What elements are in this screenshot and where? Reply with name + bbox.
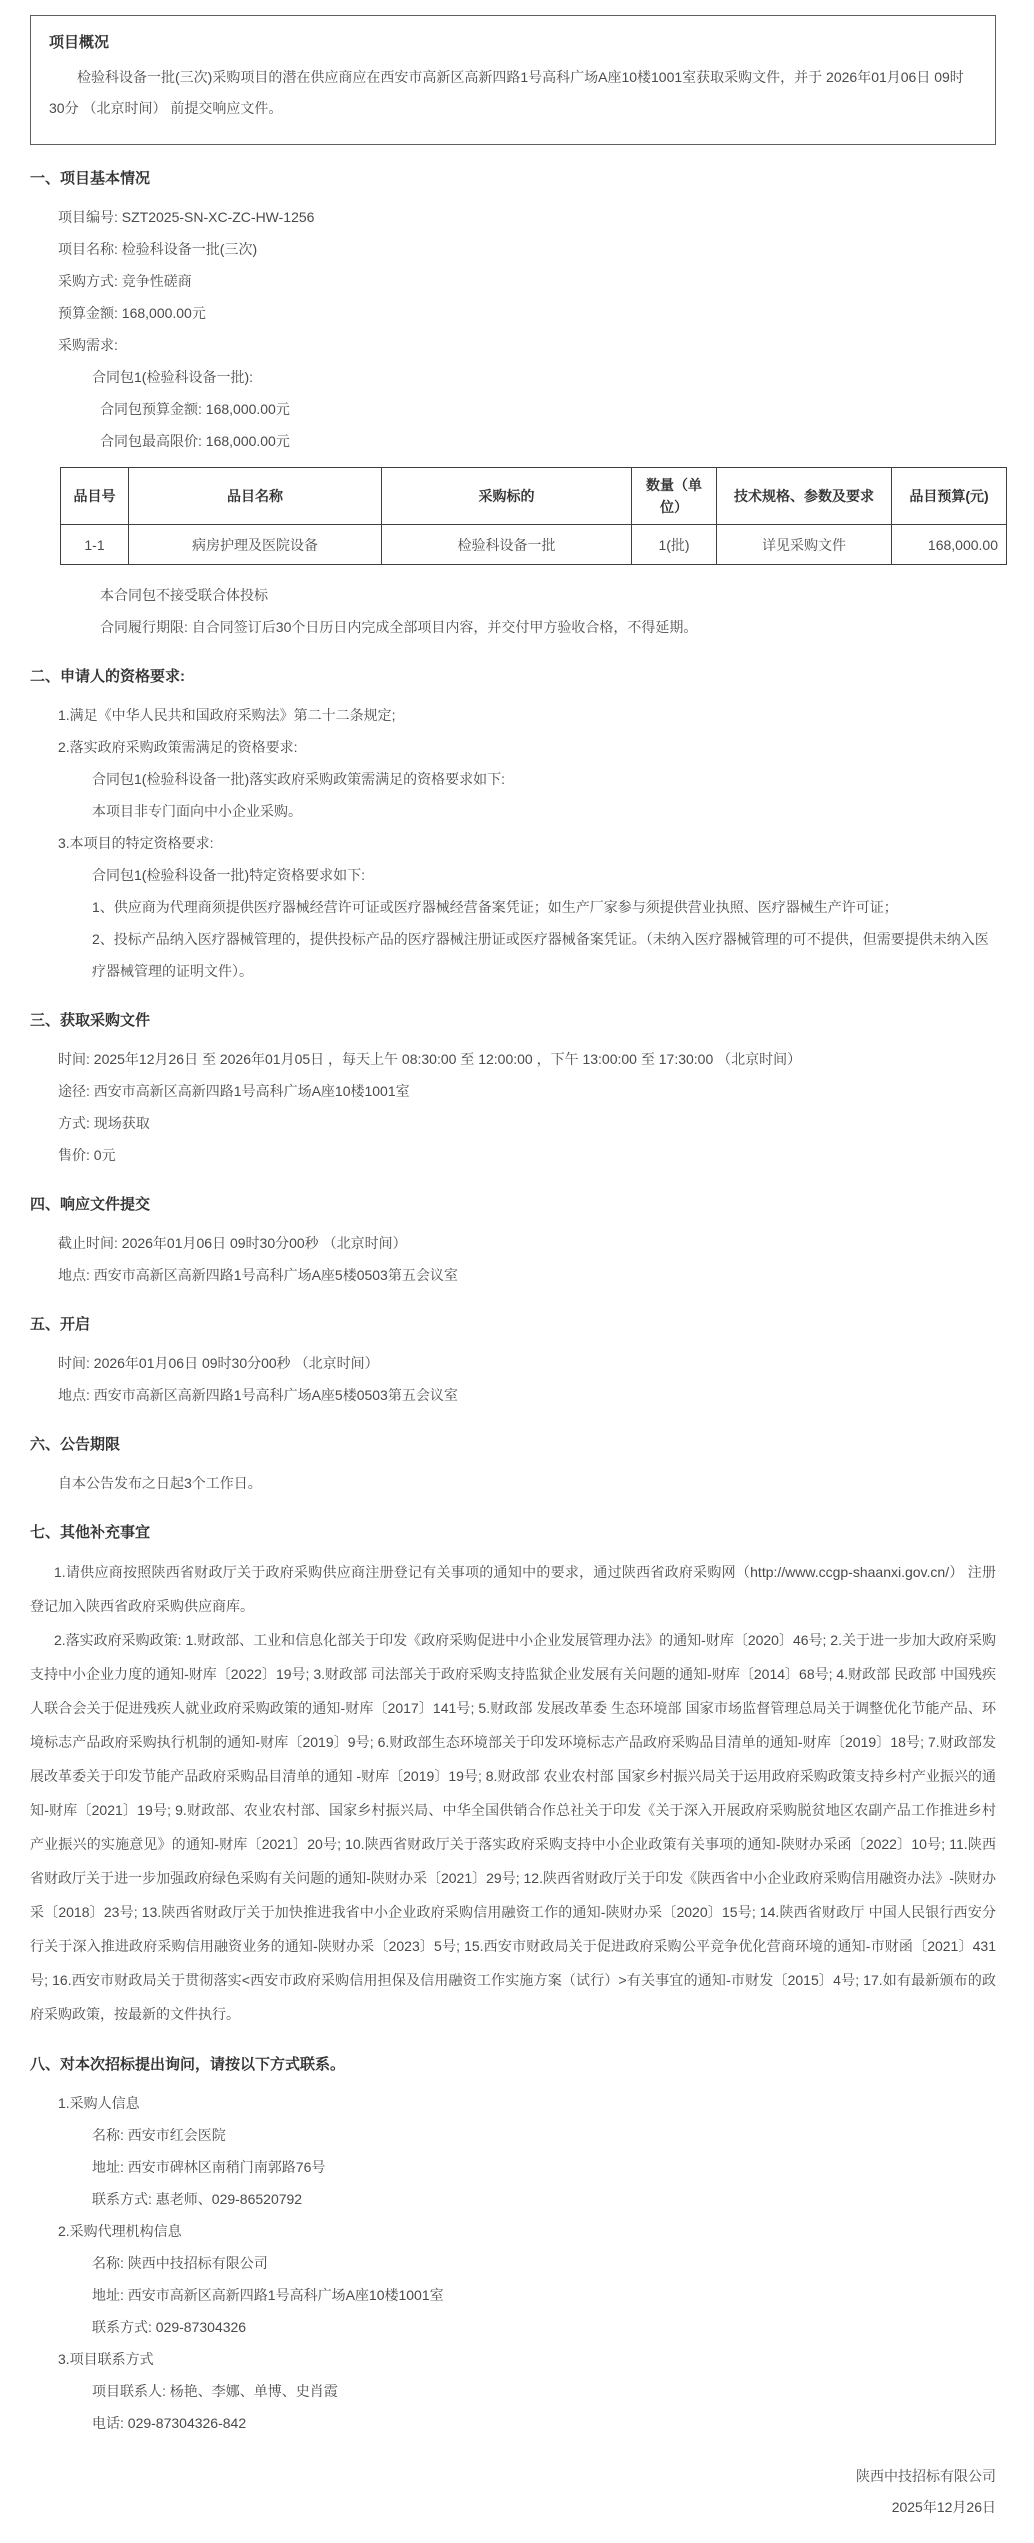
procurement-demand-line: 采购需求:	[30, 329, 996, 361]
overview-text: 检验科设备一批(三次)采购项目的潜在供应商应在西安市高新区高新四路1号高科广场A…	[49, 62, 973, 124]
package-price-cap-line: 合同包最高限价: 168,000.00元	[30, 425, 996, 457]
section-4-heading: 四、响应文件提交	[30, 1189, 996, 1221]
doc-time-line: 时间: 2025年12月26日 至 2026年01月05日 ，每天上午 08:3…	[30, 1043, 996, 1075]
project-overview-box: 项目概况 检验科设备一批(三次)采购项目的潜在供应商应在西安市高新区高新四路1号…	[30, 15, 996, 145]
open-time-line: 时间: 2026年01月06日 09时30分00秒 （北京时间）	[30, 1347, 996, 1379]
qualification-item: 本项目非专门面向中小企业采购。	[30, 795, 996, 827]
budget-amount-line: 预算金额: 168,000.00元	[30, 297, 996, 329]
contract-period-line: 合同履行期限: 自合同签订后30个日历日内完成全部项目内容，并交付甲方验收合格，…	[30, 611, 996, 643]
col-header-subject: 采购标的	[382, 468, 632, 525]
project-name-line: 项目名称: 检验科设备一批(三次)	[30, 233, 996, 265]
qualification-item: 1、供应商为代理商须提供医疗器械经营许可证或医疗器械经营备案凭证；如生产厂家参与…	[30, 891, 996, 923]
section-3-heading: 三、获取采购文件	[30, 1005, 996, 1037]
section-8-heading: 八、对本次招标提出询问，请按以下方式联系。	[30, 2049, 996, 2081]
signature-block: 陕西中技招标有限公司 2025年12月26日	[30, 2461, 996, 2523]
project-number-line: 项目编号: SZT2025-SN-XC-ZC-HW-1256	[30, 201, 996, 233]
section-1-heading: 一、项目基本情况	[30, 163, 996, 195]
contract-package-line: 合同包1(检验科设备一批):	[30, 361, 996, 393]
col-header-item-no: 品目号	[61, 468, 129, 525]
agency-address-line: 地址: 西安市高新区高新四路1号高科广场A座10楼1001室	[30, 2279, 996, 2311]
project-contact-persons-line: 项目联系人: 杨艳、李娜、单博、史肖霞	[30, 2375, 996, 2407]
purchaser-address-line: 地址: 西安市碑林区南稍门南郭路76号	[30, 2151, 996, 2183]
section-6-heading: 六、公告期限	[30, 1429, 996, 1461]
submit-deadline-line: 截止时间: 2026年01月06日 09时30分00秒 （北京时间）	[30, 1227, 996, 1259]
col-header-quantity: 数量（单位）	[632, 468, 717, 525]
overview-title: 项目概况	[49, 28, 973, 58]
purchaser-contact-line: 联系方式: 惠老师、029-86520792	[30, 2183, 996, 2215]
cell-quantity: 1(批)	[632, 525, 717, 565]
doc-place-line: 途径: 西安市高新区高新四路1号高科广场A座10楼1001室	[30, 1075, 996, 1107]
footer-agency-name: 陕西中技招标有限公司	[30, 2461, 996, 2492]
table-header-row: 品目号 品目名称 采购标的 数量（单位） 技术规格、参数及要求 品目预算(元)	[61, 468, 1007, 525]
cell-subject: 检验科设备一批	[382, 525, 632, 565]
cell-specs: 详见采购文件	[717, 525, 892, 565]
col-header-budget: 品目预算(元)	[892, 468, 1007, 525]
doc-method-line: 方式: 现场获取	[30, 1107, 996, 1139]
supplementary-paragraph: 1.请供应商按照陕西省财政厅关于政府采购供应商注册登记有关事项的通知中的要求，通…	[30, 1555, 996, 1623]
no-consortium-line: 本合同包不接受联合体投标	[30, 579, 996, 611]
qualification-item: 2、投标产品纳入医疗器械管理的，提供投标产品的医疗器械注册证或医疗器械备案凭证。…	[30, 923, 996, 987]
purchaser-info-heading: 1.采购人信息	[30, 2087, 996, 2119]
section-7-heading: 七、其他补充事宜	[30, 1517, 996, 1549]
project-contact-heading: 3.项目联系方式	[30, 2343, 996, 2375]
items-table: 品目号 品目名称 采购标的 数量（单位） 技术规格、参数及要求 品目预算(元) …	[60, 467, 1007, 565]
col-header-item-name: 品目名称	[129, 468, 382, 525]
submit-place-line: 地点: 西安市高新区高新四路1号高科广场A座5楼0503第五会议室	[30, 1259, 996, 1291]
col-header-specs: 技术规格、参数及要求	[717, 468, 892, 525]
announcement-document: 项目概况 检验科设备一批(三次)采购项目的潜在供应商应在西安市高新区高新四路1号…	[0, 0, 1034, 2543]
qualification-item: 合同包1(检验科设备一批)落实政府采购政策需满足的资格要求如下:	[30, 763, 996, 795]
cell-item-name: 病房护理及医院设备	[129, 525, 382, 565]
agency-name-line: 名称: 陕西中技招标有限公司	[30, 2247, 996, 2279]
section-5-heading: 五、开启	[30, 1309, 996, 1341]
project-contact-phone-line: 电话: 029-87304326-842	[30, 2407, 996, 2439]
package-budget-line: 合同包预算金额: 168,000.00元	[30, 393, 996, 425]
qualification-item: 3.本项目的特定资格要求:	[30, 827, 996, 859]
agency-contact-line: 联系方式: 029-87304326	[30, 2311, 996, 2343]
qualification-item: 1.满足《中华人民共和国政府采购法》第二十二条规定;	[30, 699, 996, 731]
doc-price-line: 售价: 0元	[30, 1139, 996, 1171]
announcement-period-line: 自本公告发布之日起3个工作日。	[30, 1467, 996, 1499]
qualification-item: 2.落实政府采购政策需满足的资格要求:	[30, 731, 996, 763]
cell-budget: 168,000.00	[892, 525, 1007, 565]
open-place-line: 地点: 西安市高新区高新四路1号高科广场A座5楼0503第五会议室	[30, 1379, 996, 1411]
purchaser-name-line: 名称: 西安市红会医院	[30, 2119, 996, 2151]
policy-list-paragraph: 2.落实政府采购政策: 1.财政部、工业和信息化部关于印发《政府采购促进中小企业…	[30, 1623, 996, 2031]
qualification-item: 合同包1(检验科设备一批)特定资格要求如下:	[30, 859, 996, 891]
section-2-heading: 二、申请人的资格要求:	[30, 661, 996, 693]
cell-item-no: 1-1	[61, 525, 129, 565]
table-row: 1-1 病房护理及医院设备 检验科设备一批 1(批) 详见采购文件 168,00…	[61, 525, 1007, 565]
footer-date: 2025年12月26日	[30, 2492, 996, 2523]
agency-info-heading: 2.采购代理机构信息	[30, 2215, 996, 2247]
procurement-method-line: 采购方式: 竞争性磋商	[30, 265, 996, 297]
